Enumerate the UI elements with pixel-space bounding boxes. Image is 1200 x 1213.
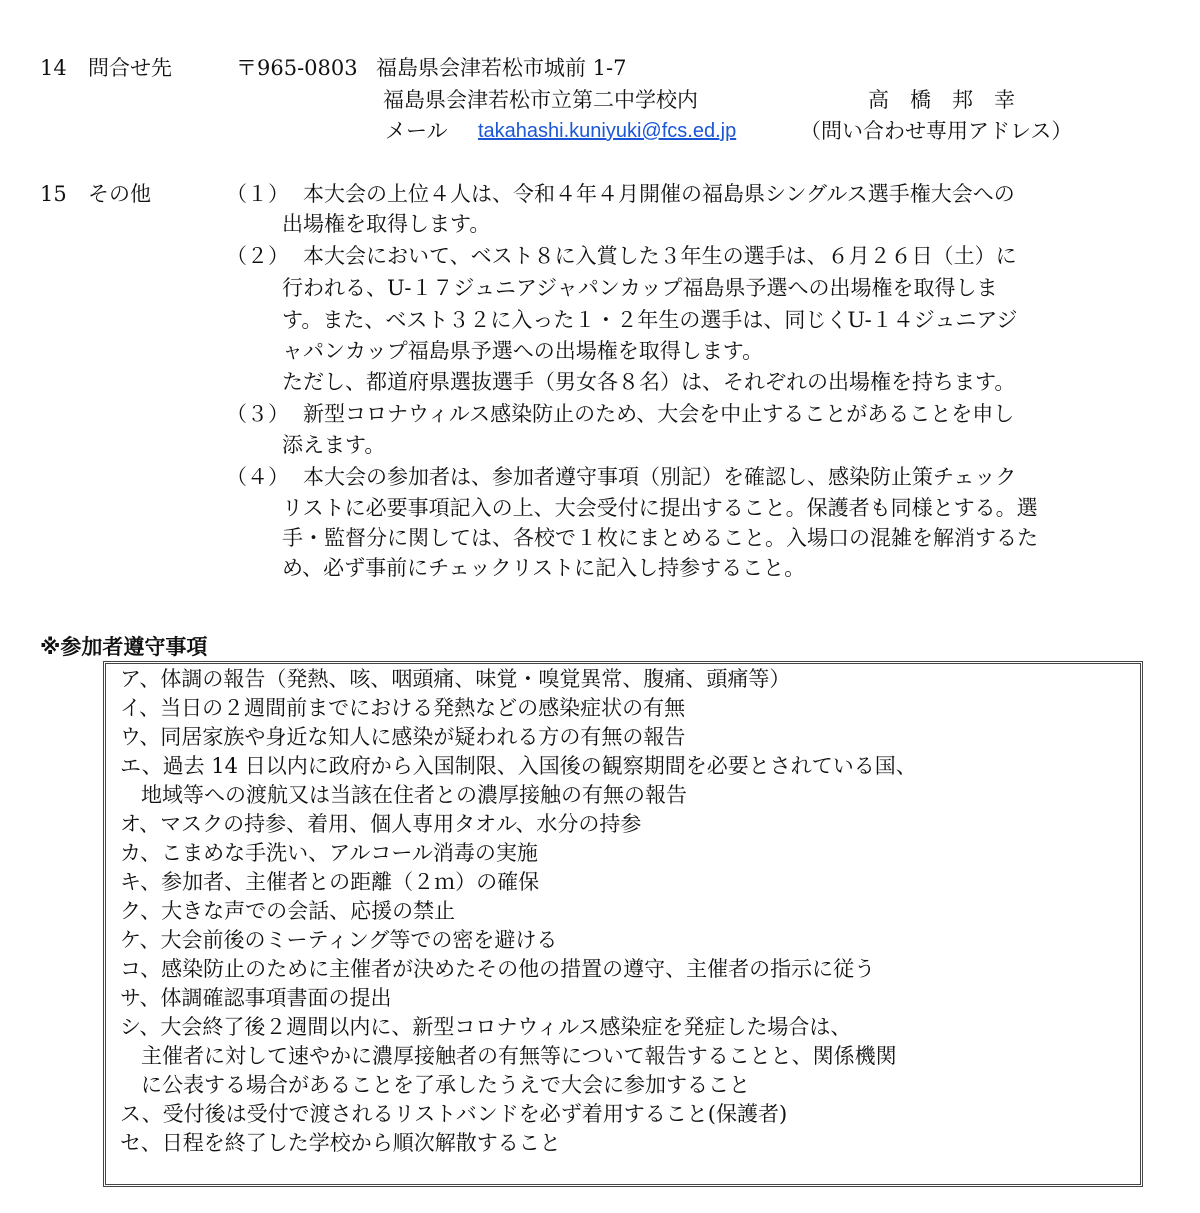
item-marker: （３） bbox=[226, 400, 289, 429]
rule-item: サ、体調確認事項書面の提出 bbox=[120, 984, 392, 1013]
item-line: 手・監督分に関しては、各校で１枚にまとめること。入場口の混雑を解消するた bbox=[282, 524, 1038, 553]
item-marker: （２） bbox=[226, 242, 289, 271]
rule-item: ス、受付後は受付で渡されるリストバンドを必ず着用すること(保護者) bbox=[120, 1100, 787, 1129]
item-line: リストに必要事項記入の上、大会受付に提出すること。保護者も同様とする。選 bbox=[282, 494, 1038, 523]
rule-item: オ、マスクの持参、着用、個人専用タオル、水分の持参 bbox=[120, 810, 641, 839]
rules-box: ア、体調の報告（発熱、咳、咽頭痛、味覚・嗅覚異常、腹痛、頭痛等） イ、当日の２週… bbox=[103, 661, 1143, 1187]
item-marker: （４） bbox=[226, 463, 289, 492]
rule-item: イ、当日の２週間前までにおける発熱などの感染症状の有無 bbox=[120, 694, 685, 723]
item-line: す。また、ベスト３２に入った１・２年生の選手は、同じくU-１４ジュニアジ bbox=[282, 306, 1017, 335]
item-line: 添えます。 bbox=[282, 431, 385, 460]
rule-item: ウ、同居家族や身近な知人に感染が疑われる方の有無の報告 bbox=[120, 723, 685, 752]
section-label: その他 bbox=[88, 180, 151, 209]
rule-item: に公表する場合があることを了承したうえで大会に参加すること bbox=[120, 1071, 750, 1100]
rule-item: 主催者に対して速やかに濃厚接触者の有無等について報告することと、関係機関 bbox=[120, 1042, 897, 1071]
email-link[interactable]: takahashi.kuniyuki@fcs.ed.jp bbox=[478, 117, 736, 146]
rule-item: ケ、大会前後のミーティング等での密を避ける bbox=[120, 926, 557, 955]
rule-item: セ、日程を終了した学校から順次解散すること bbox=[120, 1129, 561, 1158]
item-line: 本大会の上位４人は、令和４年４月開催の福島県シングルス選手権大会への bbox=[282, 180, 1015, 209]
item-line: 行われる、U-１７ジュニアジャパンカップ福島県予選への出場権を取得しま bbox=[282, 274, 998, 303]
postal-code: 〒965-0803 bbox=[236, 54, 358, 83]
address: 福島県会津若松市城前 1-7 bbox=[376, 54, 627, 83]
email-note: （問い合わせ専用アドレス） bbox=[800, 117, 1072, 146]
item-line: 本大会の参加者は、参加者遵守事項（別記）を確認し、感染防止策チェック bbox=[282, 463, 1016, 492]
school-name: 福島県会津若松市立第二中学校内 bbox=[383, 86, 698, 115]
item-line: 新型コロナウィルス感染防止のため、大会を中止することがあることを申し bbox=[282, 400, 1014, 429]
rule-item: シ、大会終了後２週間以内に、新型コロナウィルス感染症を発症した場合は、 bbox=[120, 1013, 851, 1042]
rule-item: コ、感染防止のために主催者が決めたその他の措置の遵守、主催者の指示に従う bbox=[120, 955, 875, 984]
item-line: め、必ず事前にチェックリストに記入し持参すること。 bbox=[282, 554, 805, 583]
rule-item: カ、こまめな手洗い、アルコール消毒の実施 bbox=[120, 839, 538, 868]
rules-heading: ※参加者遵守事項 bbox=[40, 633, 207, 662]
section-label: 問合せ先 bbox=[88, 54, 172, 83]
item-marker: （１） bbox=[226, 180, 289, 209]
rule-item: ク、大きな声での会話、応援の禁止 bbox=[120, 897, 455, 926]
item-line: 本大会において、ベスト８に入賞した３年生の選手は、６月２６日（土）に bbox=[282, 242, 1017, 271]
contact-person: 高 橋 邦 幸 bbox=[868, 86, 1015, 115]
mail-label: メール bbox=[385, 117, 448, 146]
rule-item: キ、参加者、主催者との距離（２ｍ）の確保 bbox=[120, 868, 539, 897]
item-line: ただし、都道府県選抜選手（男女各８名）は、それぞれの出場権を持ちます。 bbox=[282, 368, 1015, 397]
item-line: ャパンカップ福島県予選への出場権を取得します。 bbox=[282, 337, 763, 366]
rule-item: ア、体調の報告（発熱、咳、咽頭痛、味覚・嗅覚異常、腹痛、頭痛等） bbox=[120, 665, 790, 694]
section-number: 14 bbox=[40, 54, 67, 83]
rule-item: 地域等への渡航又は当該在住者との濃厚接触の有無の報告 bbox=[120, 781, 687, 810]
section-number: 15 bbox=[40, 180, 67, 209]
item-line: 出場権を取得します。 bbox=[282, 210, 490, 239]
rule-item: エ、過去 14 日以内に政府から入国制限、入国後の観察期間を必要とされている国、 bbox=[120, 752, 917, 781]
